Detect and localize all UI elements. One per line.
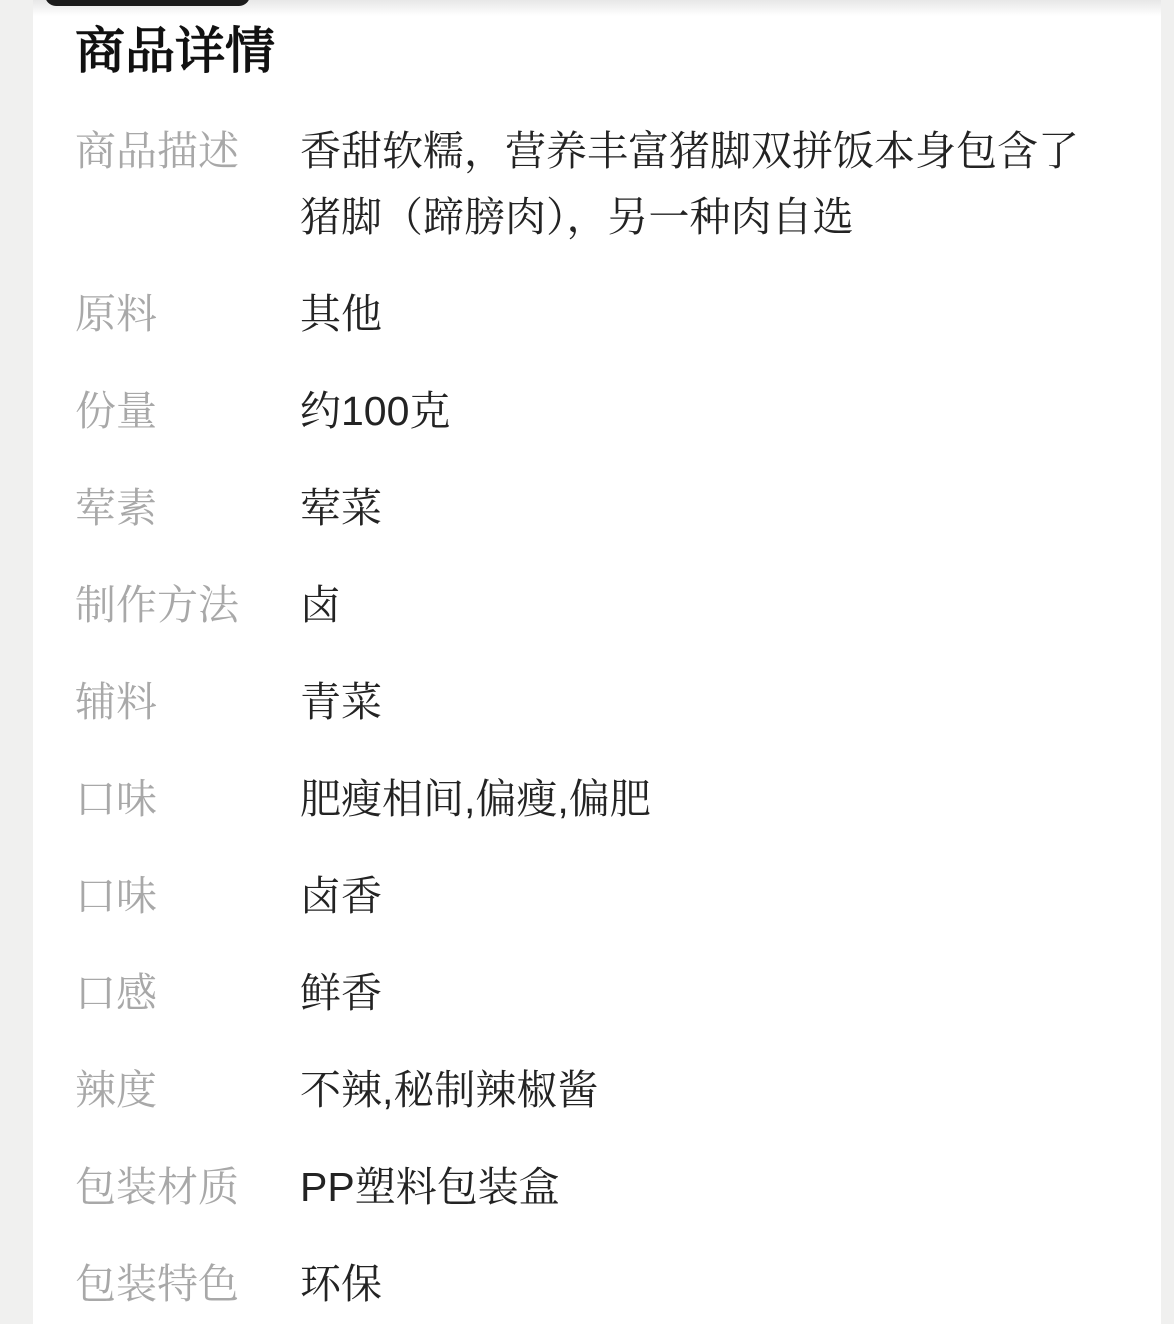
detail-row-label: 口感	[75, 960, 300, 1026]
detail-row-value: 其他	[300, 281, 382, 347]
detail-row-value: PP塑料包装盒	[300, 1154, 560, 1220]
detail-row-label: 包装特色	[75, 1251, 300, 1317]
detail-row: 商品描述 香甜软糯，营养丰富猪脚双拼饭本身包含了猪脚（蹄膀肉），另一种肉自选	[75, 118, 1121, 250]
detail-row: 份量 约100克	[75, 378, 1121, 444]
detail-row-label: 原料	[75, 281, 300, 347]
active-tab-pill-cutoff[interactable]	[45, 0, 250, 6]
page-title: 商品详情	[75, 0, 1121, 78]
detail-row-label: 份量	[75, 378, 300, 444]
detail-row: 口味 卤香	[75, 863, 1121, 929]
detail-row-value: 青菜	[300, 669, 382, 735]
product-details-card: 商品详情 商品描述 香甜软糯，营养丰富猪脚双拼饭本身包含了猪脚（蹄膀肉），另一种…	[33, 0, 1161, 1324]
detail-row-value: 约100克	[300, 378, 450, 444]
detail-row: 辣度 不辣,秘制辣椒酱	[75, 1057, 1121, 1123]
detail-row-label: 口味	[75, 766, 300, 832]
detail-row-value: 不辣,秘制辣椒酱	[300, 1057, 598, 1123]
detail-row-label: 辅料	[75, 669, 300, 735]
detail-row-value: 卤	[300, 572, 341, 638]
detail-row: 荤素 荤菜	[75, 475, 1121, 541]
detail-row-label: 口味	[75, 863, 300, 929]
detail-row-value: 荤菜	[300, 475, 382, 541]
detail-row-value: 环保	[300, 1251, 382, 1317]
detail-row: 辅料 青菜	[75, 669, 1121, 735]
detail-row-value: 肥瘦相间,偏瘦,偏肥	[300, 766, 651, 832]
detail-row: 口感 鲜香	[75, 960, 1121, 1026]
detail-row-label: 包装材质	[75, 1154, 300, 1220]
detail-row: 制作方法 卤	[75, 572, 1121, 638]
detail-row-label: 辣度	[75, 1057, 300, 1123]
detail-row: 口味 肥瘦相间,偏瘦,偏肥	[75, 766, 1121, 832]
detail-row-label: 制作方法	[75, 572, 300, 638]
detail-row-value: 香甜软糯，营养丰富猪脚双拼饭本身包含了猪脚（蹄膀肉），另一种肉自选	[300, 118, 1100, 250]
detail-row: 包装材质 PP塑料包装盒	[75, 1154, 1121, 1220]
detail-row-label: 荤素	[75, 475, 300, 541]
detail-row-value: 卤香	[300, 863, 382, 929]
detail-row: 包装特色 环保	[75, 1251, 1121, 1317]
detail-row-label: 商品描述	[75, 118, 300, 184]
detail-row-value: 鲜香	[300, 960, 382, 1026]
detail-rows: 商品描述 香甜软糯，营养丰富猪脚双拼饭本身包含了猪脚（蹄膀肉），另一种肉自选 原…	[75, 118, 1121, 1317]
detail-row: 原料 其他	[75, 281, 1121, 347]
